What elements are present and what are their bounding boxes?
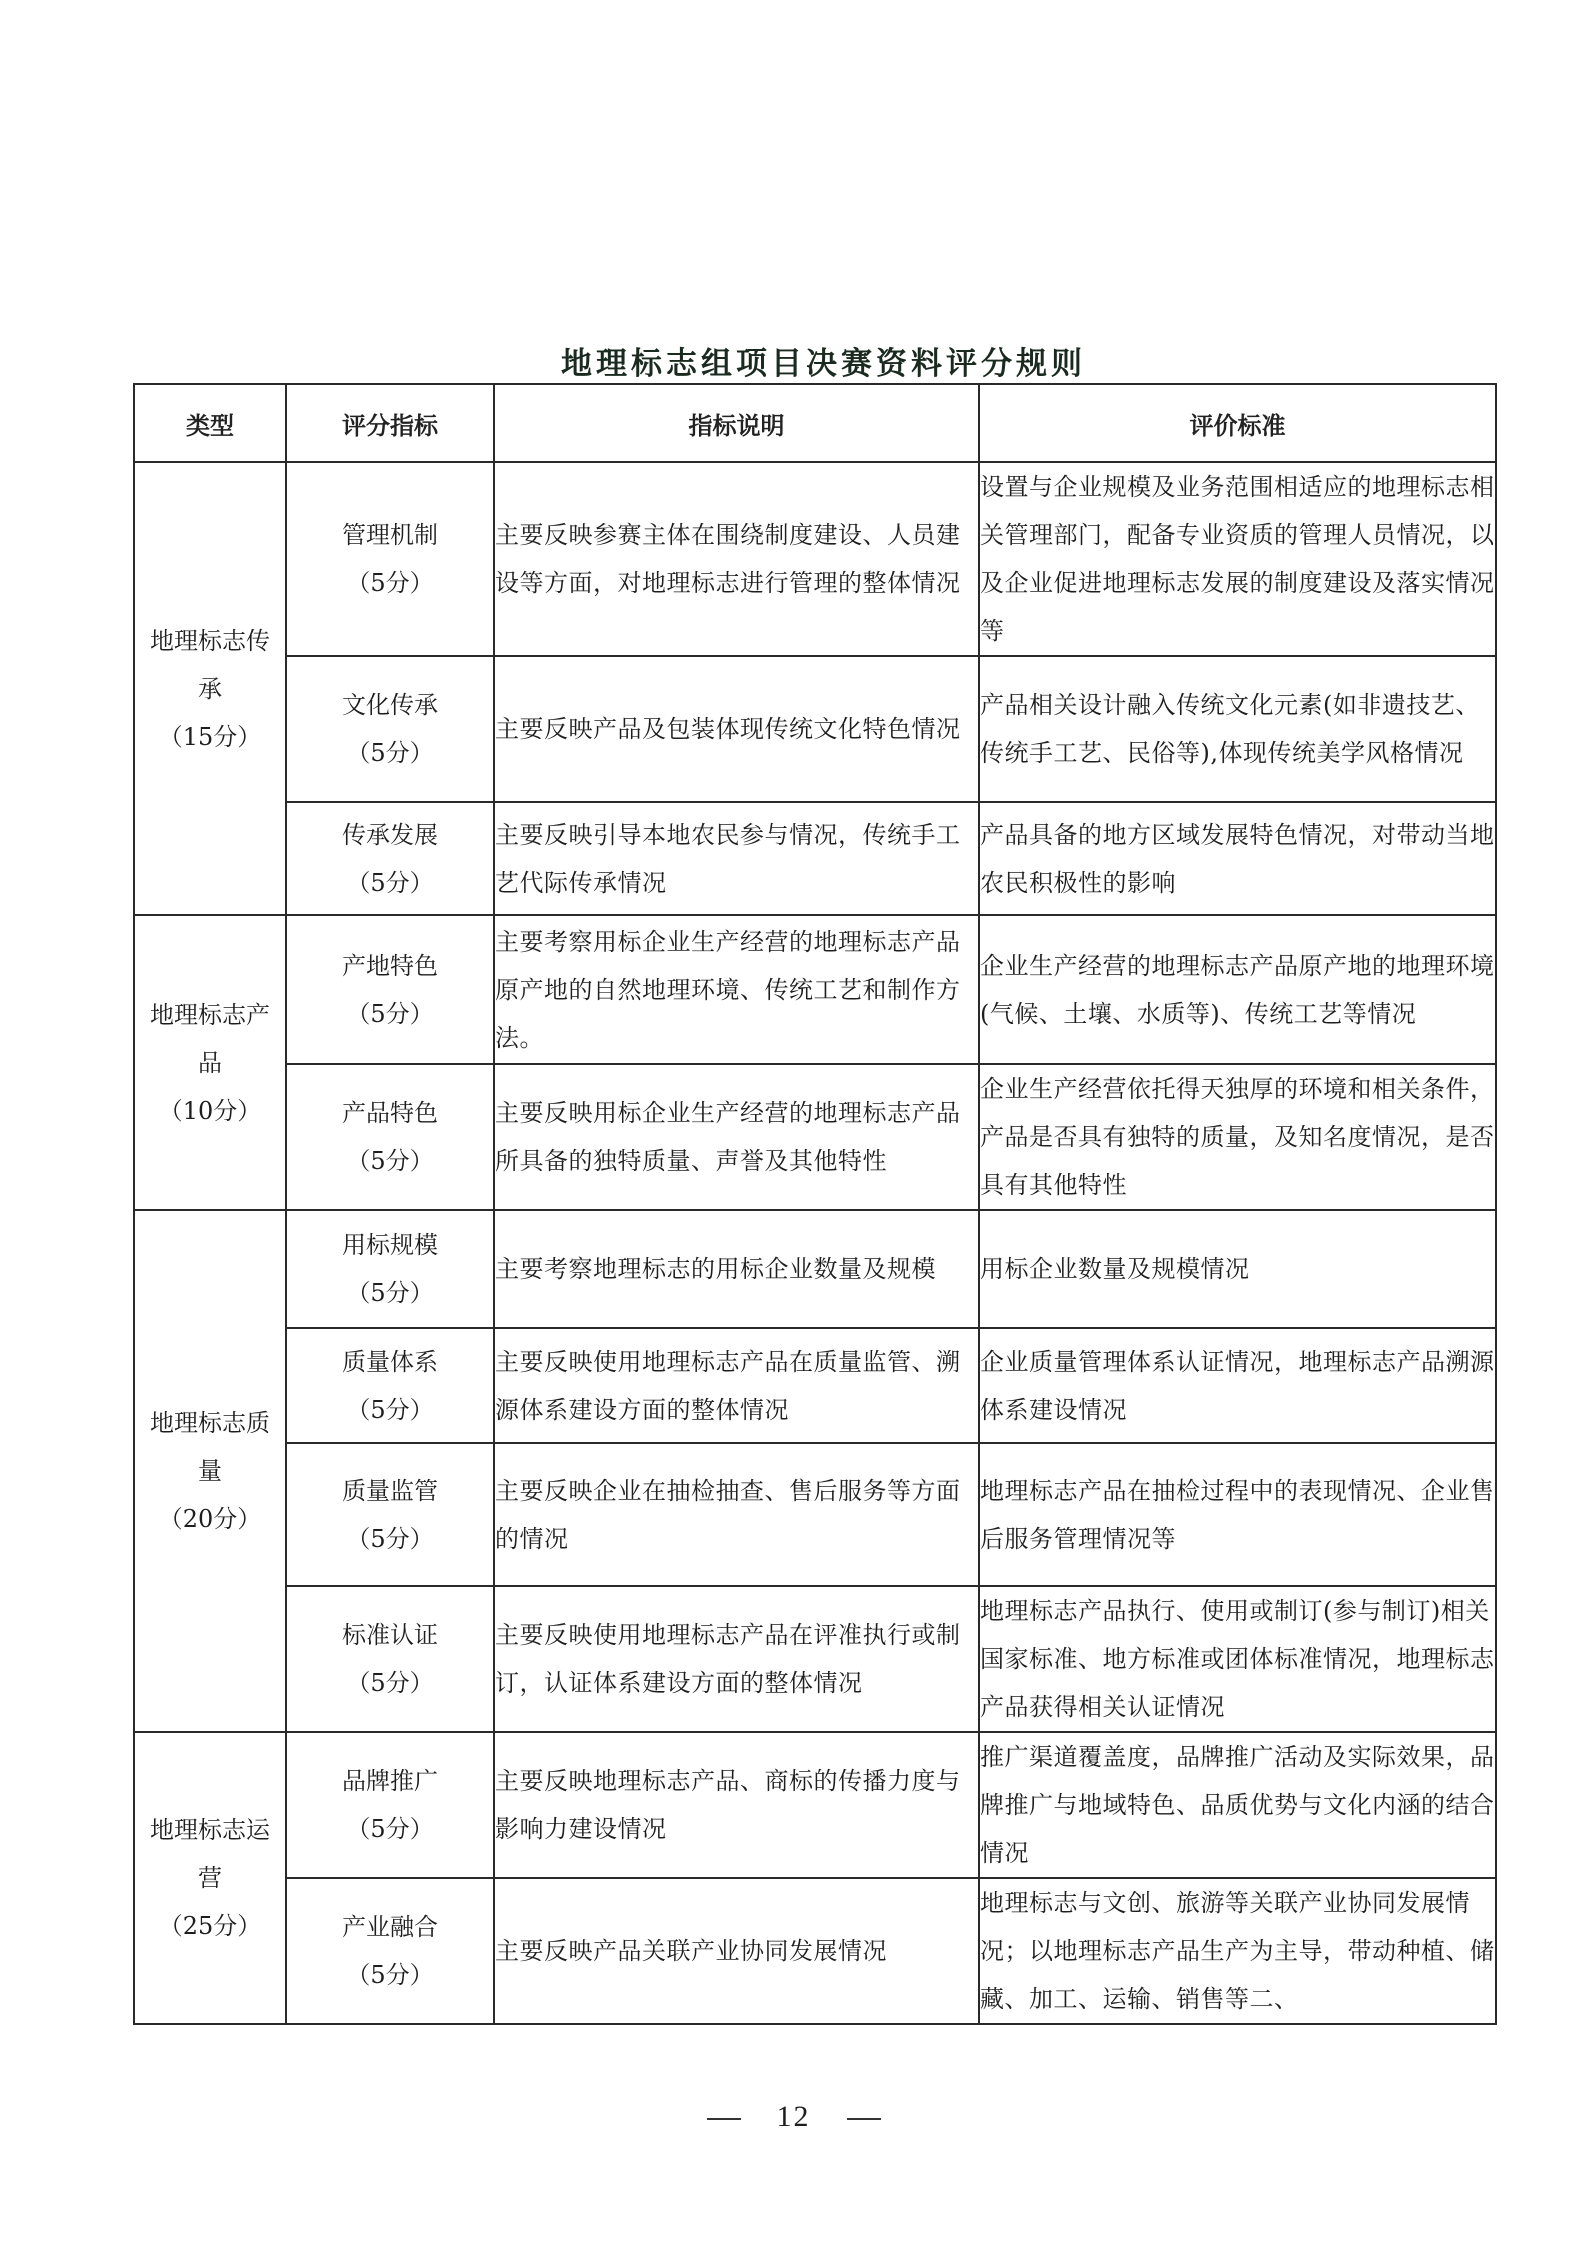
- category-label: 地理标志质量: [135, 1399, 285, 1495]
- header-description: 指标说明: [494, 384, 979, 462]
- indicator-label: 管理机制: [287, 511, 493, 559]
- description-cell: 主要反映地理标志产品、商标的传播力度与影响力建设情况: [494, 1732, 979, 1878]
- table-row: 地理标志产品 （10分） 产地特色 （5分） 主要考察用标企业生产经营的地理标志…: [134, 915, 1496, 1064]
- indicator-label: 质量监管: [287, 1467, 493, 1515]
- indicator-label: 产品特色: [287, 1089, 493, 1137]
- criteria-cell: 用标企业数量及规模情况: [979, 1210, 1496, 1328]
- description-cell: 主要反映参赛主体在围绕制度建设、人员建设等方面，对地理标志进行管理的整体情况: [494, 462, 979, 656]
- table-header-row: 类型 评分指标 指标说明 评价标准: [134, 384, 1496, 462]
- table-row: 质量体系 （5分） 主要反映使用地理标志产品在质量监管、溯源体系建设方面的整体情…: [134, 1328, 1496, 1443]
- header-criteria: 评价标准: [979, 384, 1496, 462]
- indicator-score: （5分）: [287, 729, 493, 777]
- indicator-cell: 传承发展 （5分）: [286, 802, 494, 915]
- document-title: 地理标志组项目决赛资料评分规则: [0, 338, 1587, 383]
- indicator-label: 产地特色: [287, 942, 493, 990]
- indicator-label: 用标规模: [287, 1221, 493, 1269]
- indicator-label: 标准认证: [287, 1611, 493, 1659]
- table-row: 传承发展 （5分） 主要反映引导本地农民参与情况，传统手工艺代际传承情况 产品具…: [134, 802, 1496, 915]
- indicator-cell: 产地特色 （5分）: [286, 915, 494, 1064]
- indicator-cell: 管理机制 （5分）: [286, 462, 494, 656]
- category-cell: 地理标志产品 （10分）: [134, 915, 286, 1210]
- indicator-score: （5分）: [287, 1386, 493, 1434]
- criteria-cell: 企业生产经营的地理标志产品原产地的地理环境(气候、土壤、水质等)、传统工艺等情况: [979, 915, 1496, 1064]
- page-number: 12: [777, 2100, 811, 2133]
- header-indicator: 评分指标: [286, 384, 494, 462]
- category-label: 地理标志传承: [135, 617, 285, 713]
- criteria-cell: 地理标志与文创、旅游等关联产业协同发展情况；以地理标志产品生产为主导，带动种植、…: [979, 1878, 1496, 2024]
- dash-left: [707, 2118, 741, 2120]
- table-row: 产业融合 （5分） 主要反映产品关联产业协同发展情况 地理标志与文创、旅游等关联…: [134, 1878, 1496, 2024]
- dash-right: [847, 2118, 881, 2120]
- table-row: 标准认证 （5分） 主要反映使用地理标志产品在评准执行或制订，认证体系建设方面的…: [134, 1586, 1496, 1732]
- indicator-cell: 产业融合 （5分）: [286, 1878, 494, 2024]
- scoring-rules-table: 类型 评分指标 指标说明 评价标准 地理标志传承 （15分） 管理机制 （5分）…: [133, 383, 1497, 2025]
- table-row: 地理标志质量 （20分） 用标规模 （5分） 主要考察地理标志的用标企业数量及规…: [134, 1210, 1496, 1328]
- criteria-cell: 企业质量管理体系认证情况，地理标志产品溯源体系建设情况: [979, 1328, 1496, 1443]
- table-row: 地理标志传承 （15分） 管理机制 （5分） 主要反映参赛主体在围绕制度建设、人…: [134, 462, 1496, 656]
- table-row: 质量监管 （5分） 主要反映企业在抽检抽查、售后服务等方面的情况 地理标志产品在…: [134, 1443, 1496, 1586]
- indicator-score: （5分）: [287, 1951, 493, 1999]
- description-cell: 主要反映使用地理标志产品在评准执行或制订，认证体系建设方面的整体情况: [494, 1586, 979, 1732]
- description-cell: 主要反映企业在抽检抽查、售后服务等方面的情况: [494, 1443, 979, 1586]
- category-score: （10分）: [135, 1087, 285, 1135]
- category-label: 地理标志运营: [135, 1806, 285, 1902]
- criteria-cell: 设置与企业规模及业务范围相适应的地理标志相关管理部门，配备专业资质的管理人员情况…: [979, 462, 1496, 656]
- criteria-cell: 企业生产经营依托得天独厚的环境和相关条件，产品是否具有独特的质量，及知名度情况，…: [979, 1064, 1496, 1210]
- category-label: 地理标志产品: [135, 991, 285, 1087]
- indicator-cell: 质量体系 （5分）: [286, 1328, 494, 1443]
- description-cell: 主要考察地理标志的用标企业数量及规模: [494, 1210, 979, 1328]
- table-row: 地理标志运营 （25分） 品牌推广 （5分） 主要反映地理标志产品、商标的传播力…: [134, 1732, 1496, 1878]
- criteria-cell: 推广渠道覆盖度，品牌推广活动及实际效果，品牌推广与地域特色、品质优势与文化内涵的…: [979, 1732, 1496, 1878]
- indicator-score: （5分）: [287, 1515, 493, 1563]
- description-cell: 主要反映引导本地农民参与情况，传统手工艺代际传承情况: [494, 802, 979, 915]
- indicator-cell: 用标规模 （5分）: [286, 1210, 494, 1328]
- indicator-label: 品牌推广: [287, 1757, 493, 1805]
- description-cell: 主要反映使用地理标志产品在质量监管、溯源体系建设方面的整体情况: [494, 1328, 979, 1443]
- indicator-cell: 标准认证 （5分）: [286, 1586, 494, 1732]
- category-score: （25分）: [135, 1902, 285, 1950]
- criteria-cell: 地理标志产品在抽检过程中的表现情况、企业售后服务管理情况等: [979, 1443, 1496, 1586]
- description-cell: 主要反映产品及包装体现传统文化特色情况: [494, 656, 979, 802]
- category-score: （20分）: [135, 1495, 285, 1543]
- table-row: 文化传承 （5分） 主要反映产品及包装体现传统文化特色情况 产品相关设计融入传统…: [134, 656, 1496, 802]
- description-cell: 主要反映产品关联产业协同发展情况: [494, 1878, 979, 2024]
- criteria-cell: 地理标志产品执行、使用或制订(参与制订)相关国家标准、地方标准或团体标准情况，地…: [979, 1586, 1496, 1732]
- indicator-cell: 文化传承 （5分）: [286, 656, 494, 802]
- indicator-label: 传承发展: [287, 811, 493, 859]
- indicator-label: 质量体系: [287, 1338, 493, 1386]
- indicator-label: 产业融合: [287, 1903, 493, 1951]
- page-footer: 12: [0, 2100, 1587, 2134]
- indicator-label: 文化传承: [287, 681, 493, 729]
- indicator-score: （5分）: [287, 1659, 493, 1707]
- indicator-cell: 品牌推广 （5分）: [286, 1732, 494, 1878]
- description-cell: 主要反映用标企业生产经营的地理标志产品所具备的独特质量、声誉及其他特性: [494, 1064, 979, 1210]
- indicator-score: （5分）: [287, 859, 493, 907]
- indicator-score: （5分）: [287, 1269, 493, 1317]
- category-cell: 地理标志传承 （15分）: [134, 462, 286, 915]
- category-score: （15分）: [135, 713, 285, 761]
- indicator-score: （5分）: [287, 559, 493, 607]
- indicator-score: （5分）: [287, 990, 493, 1038]
- category-cell: 地理标志运营 （25分）: [134, 1732, 286, 2024]
- indicator-score: （5分）: [287, 1805, 493, 1853]
- category-cell: 地理标志质量 （20分）: [134, 1210, 286, 1732]
- table-row: 产品特色 （5分） 主要反映用标企业生产经营的地理标志产品所具备的独特质量、声誉…: [134, 1064, 1496, 1210]
- indicator-cell: 产品特色 （5分）: [286, 1064, 494, 1210]
- criteria-cell: 产品具备的地方区域发展特色情况，对带动当地农民积极性的影响: [979, 802, 1496, 915]
- header-category: 类型: [134, 384, 286, 462]
- description-cell: 主要考察用标企业生产经营的地理标志产品原产地的自然地理环境、传统工艺和制作方法。: [494, 915, 979, 1064]
- indicator-score: （5分）: [287, 1137, 493, 1185]
- criteria-cell: 产品相关设计融入传统文化元素(如非遗技艺、传统手工艺、民俗等),体现传统美学风格…: [979, 656, 1496, 802]
- indicator-cell: 质量监管 （5分）: [286, 1443, 494, 1586]
